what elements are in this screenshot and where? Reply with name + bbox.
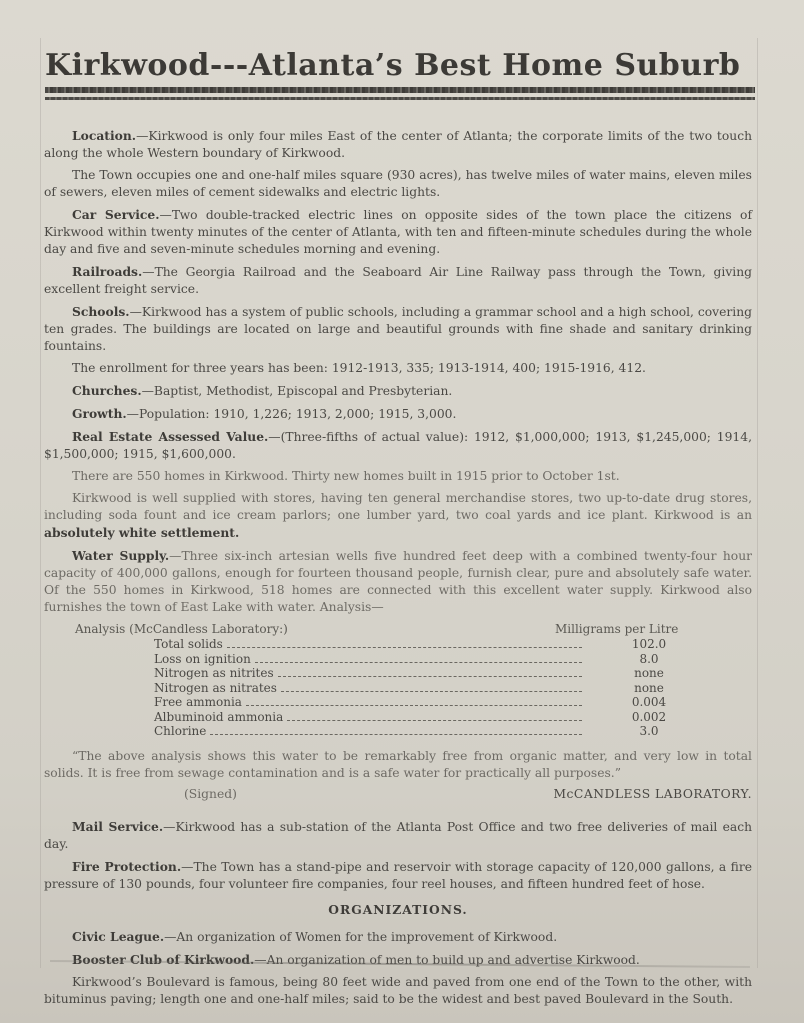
signature-line: (Signed) McCANDLESS LABORATORY.	[44, 786, 752, 808]
analysis-row: Free ammonia0.004	[154, 695, 744, 710]
title-rule-thin	[45, 97, 755, 100]
analysis-label: Loss on ignition	[154, 652, 251, 668]
analysis-row: Loss on ignition8.0	[154, 652, 744, 667]
paragraph-churches: Churches.—Baptist, Methodist, Episcopal …	[44, 382, 752, 400]
leader-dots	[210, 734, 582, 735]
lead-mail: Mail Service.	[72, 819, 163, 834]
paragraph-civic: Civic League.—An organization of Women f…	[44, 928, 752, 946]
lead-growth: Growth.	[72, 406, 127, 421]
lead-water-supply: Water Supply.	[72, 548, 169, 563]
paragraph-growth: Growth.—Population: 1910, 1,226; 1913, 2…	[44, 405, 752, 423]
text-town: The Town occupies one and one-half miles…	[44, 168, 752, 199]
analysis-label: Albuminoid ammonia	[154, 710, 283, 726]
lead-schools: Schools.	[72, 304, 130, 319]
paragraph-railroads: Railroads.—The Georgia Railroad and the …	[44, 263, 752, 298]
lead-churches: Churches.	[72, 383, 142, 398]
analysis-value: none	[609, 681, 689, 697]
paragraph-car-service: Car Service.—Two double-tracked electric…	[44, 206, 752, 258]
lead-car-service: Car Service.	[72, 207, 160, 222]
analysis-row: Albuminoid ammonia0.002	[154, 710, 744, 725]
text-churches: —Baptist, Methodist, Episcopal and Presb…	[142, 384, 453, 398]
analysis-row: Chlorine3.0	[154, 724, 744, 739]
paragraph-stores: Kirkwood is well supplied with stores, h…	[44, 490, 752, 542]
leader-dots	[255, 662, 582, 663]
text-schools: —Kirkwood has a system of public schools…	[44, 305, 752, 353]
text-location: —Kirkwood is only four miles East of the…	[44, 129, 752, 160]
analysis-label: Chlorine	[154, 724, 206, 740]
leader-dots	[227, 647, 582, 648]
page-title: Kirkwood---Atlanta’s Best Home Suburb	[45, 48, 755, 84]
text-homes: There are 550 homes in Kirkwood. Thirty …	[72, 469, 620, 483]
analysis-value: none	[609, 666, 689, 682]
analysis-row: Nitrogen as nitratesnone	[154, 681, 744, 696]
text-civic: —An organization of Women for the improv…	[164, 930, 557, 944]
leader-dots	[281, 691, 582, 692]
analysis-value: 3.0	[609, 724, 689, 740]
analysis-row: Nitrogen as nitritesnone	[154, 666, 744, 681]
analysis-value: 0.002	[609, 710, 689, 726]
analysis-value: 8.0	[609, 652, 689, 668]
analysis-quote: “The above analysis shows this water to …	[44, 748, 752, 782]
paragraph-fire: Fire Protection.—The Town has a stand-pi…	[44, 858, 752, 893]
text-boulevard: Kirkwood’s Boulevard is famous, being 80…	[44, 975, 752, 1006]
analysis-label: Nitrogen as nitrites	[154, 666, 274, 682]
lead-fire: Fire Protection.	[72, 859, 181, 874]
text-enrollment: The enrollment for three years has been:…	[72, 361, 646, 375]
paragraph-town: The Town occupies one and one-half miles…	[44, 167, 752, 201]
lead-real-estate: Real Estate Assessed Value.	[72, 429, 268, 444]
paragraph-boulevard: Kirkwood’s Boulevard is famous, being 80…	[44, 974, 752, 1008]
water-analysis-table: Analysis (McCandless Laboratory:) Millig…	[44, 622, 752, 740]
text-railroads: —The Georgia Railroad and the Seaboard A…	[44, 265, 752, 296]
analysis-header-left: Analysis (McCandless Laboratory:)	[75, 622, 288, 638]
lab-name: McCANDLESS LABORATORY.	[553, 786, 752, 803]
lead-railroads: Railroads.	[72, 264, 142, 279]
leader-dots	[278, 676, 582, 677]
text-stores-bold: absolutely white settlement.	[44, 525, 239, 540]
analysis-row: Total solids102.0	[154, 637, 744, 652]
leader-dots	[287, 720, 582, 721]
lead-civic: Civic League.	[72, 929, 164, 944]
lead-location: Location.	[72, 128, 136, 143]
analysis-label: Nitrogen as nitrates	[154, 681, 277, 697]
text-stores: Kirkwood is well supplied with stores, h…	[44, 491, 752, 522]
analysis-header-right: Milligrams per Litre	[555, 622, 678, 638]
leader-dots	[246, 705, 582, 706]
analysis-label: Total solids	[154, 637, 223, 653]
paragraph-real-estate: Real Estate Assessed Value.—(Three-fifth…	[44, 428, 752, 463]
analysis-value: 102.0	[609, 637, 689, 653]
title-rule-thick	[45, 87, 755, 93]
paragraph-water-supply: Water Supply.—Three six-inch artesian we…	[44, 547, 752, 616]
text-growth: —Population: 1910, 1,226; 1913, 2,000; 1…	[127, 407, 457, 421]
paragraph-homes: There are 550 homes in Kirkwood. Thirty …	[44, 468, 752, 485]
organizations-heading: ORGANIZATIONS.	[44, 901, 752, 918]
paragraph-schools: Schools.—Kirkwood has a system of public…	[44, 303, 752, 355]
analysis-label: Free ammonia	[154, 695, 242, 711]
paragraph-enrollment: The enrollment for three years has been:…	[44, 360, 752, 377]
paragraph-location: Location.—Kirkwood is only four miles Ea…	[44, 127, 752, 162]
analysis-value: 0.004	[609, 695, 689, 711]
paragraph-mail: Mail Service.—Kirkwood has a sub-station…	[44, 818, 752, 853]
signed-label: (Signed)	[184, 786, 237, 803]
document-body: Location.—Kirkwood is only four miles Ea…	[44, 127, 752, 1013]
